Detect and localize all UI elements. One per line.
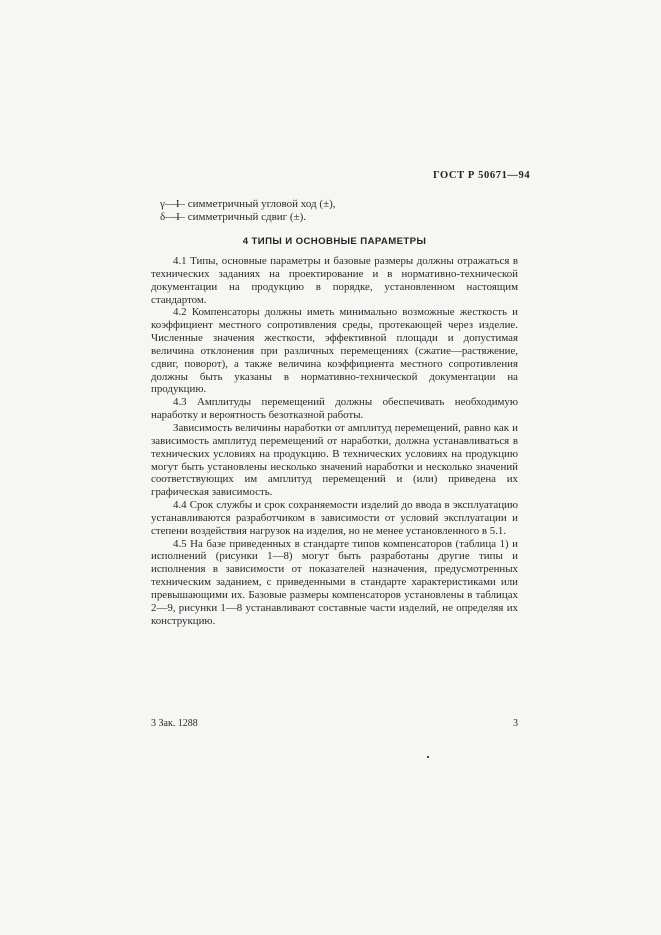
section-title: 4 ТИПЫ И ОСНОВНЫЕ ПАРАМЕТРЫ (151, 236, 518, 247)
document-code: ГОСТ Р 50671—94 (433, 170, 530, 181)
order-info: 3 Зак. 1288 (151, 718, 198, 729)
document-page: ГОСТ Р 50671—94 γ—I— симметричный углово… (0, 0, 661, 935)
symbol-legend: γ—I— симметричный угловой ход (±), δ—I— … (160, 198, 336, 223)
legend-item: γ—I— симметричный угловой ход (±), (160, 198, 336, 211)
legend-text: — симметричный угловой ход (±), (174, 198, 336, 210)
legend-symbol: γ—I (160, 198, 174, 211)
scan-speck (427, 756, 429, 758)
paragraph-4-1: 4.1 Типы, основные параметры и базовые р… (151, 255, 518, 306)
legend-symbol: δ—I (160, 211, 174, 224)
paragraph-4-3-continued: Зависимость величины наработки от амплит… (151, 422, 518, 499)
paragraph-4-2: 4.2 Компенсаторы должны иметь минимально… (151, 306, 518, 396)
legend-text: — симметричный сдвиг (±). (174, 211, 306, 223)
paragraph-4-4: 4.4 Срок службы и срок сохраняемости изд… (151, 499, 518, 538)
legend-item: δ—I— симметричный сдвиг (±). (160, 211, 336, 224)
page-number: 3 (513, 718, 518, 729)
paragraph-4-3: 4.3 Амплитуды перемещений должны обеспеч… (151, 396, 518, 422)
paragraph-4-5: 4.5 На базе приведенных в стандарте типо… (151, 538, 518, 628)
section-body: 4.1 Типы, основные параметры и базовые р… (151, 255, 518, 627)
